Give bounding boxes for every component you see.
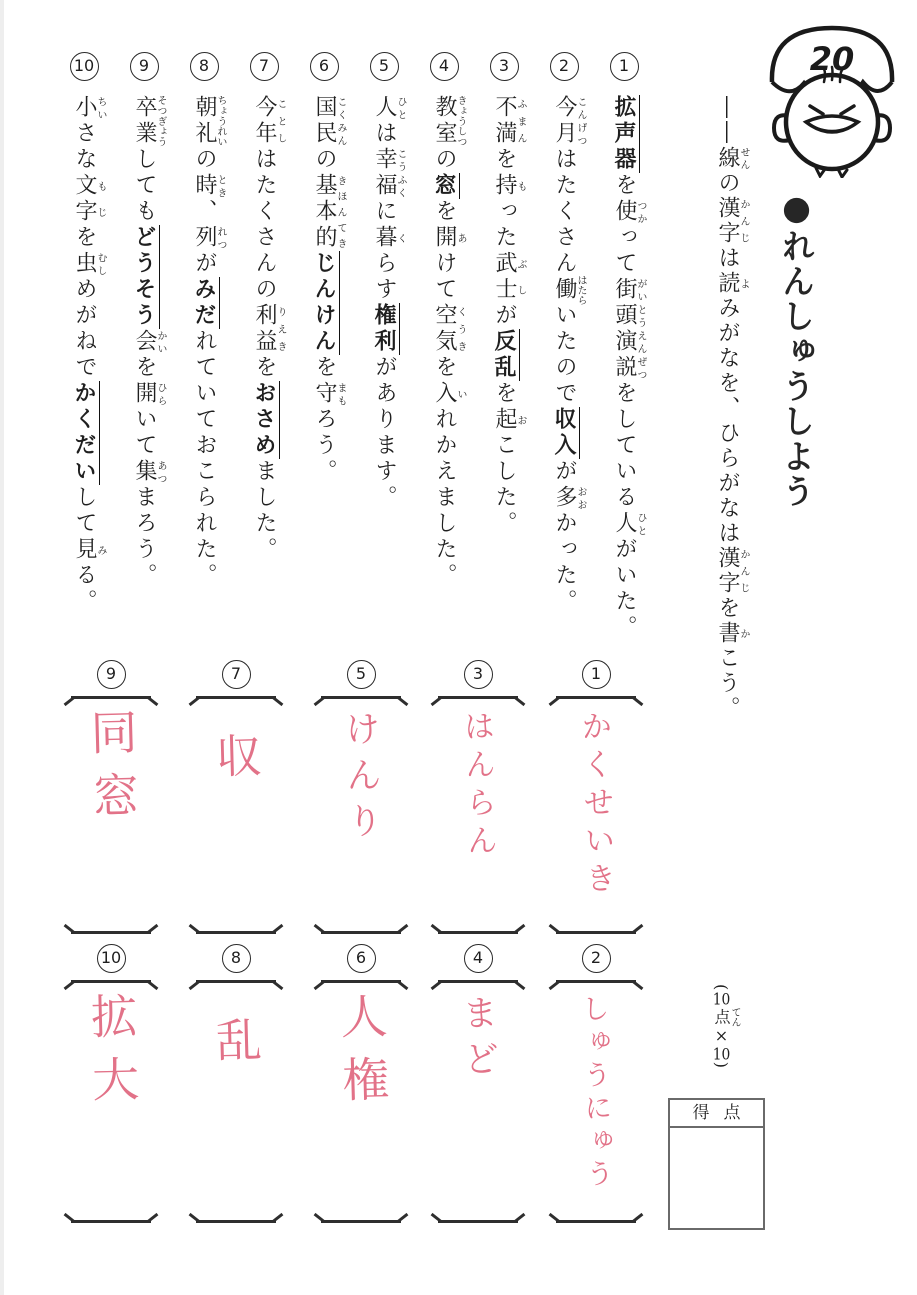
- handwritten-answer: はんらん: [454, 709, 503, 862]
- question-number: 9: [130, 52, 159, 81]
- answer-cell-6: 6 人権: [319, 944, 403, 1223]
- bracket-top: [438, 696, 518, 699]
- answer-number: 6: [347, 944, 376, 973]
- answer-number: 1: [582, 660, 611, 689]
- question-number: 1: [610, 52, 639, 81]
- page-title: ●れんしゅうしよう: [774, 188, 818, 509]
- question-4: 4教室きょうしつの窓を開あけて空気くうきを入いれかえました。: [414, 52, 474, 692]
- question-number: 7: [250, 52, 279, 81]
- question-3: 3不満ふまんを持もった武士ぶしが反乱を起おこした。: [474, 52, 534, 692]
- bracket-bottom: [196, 1220, 276, 1223]
- handwritten-answer: 乱: [202, 1015, 269, 1070]
- bracket-bottom: [71, 1220, 151, 1223]
- question-text: 今月こんげつはたくさん働はたらいたので収入が多おおかった。: [552, 95, 577, 615]
- bracket-bottom: [556, 931, 636, 934]
- question-6: 6国民こくみんの基本的きほんてきじんけんを守まもろう。: [294, 52, 354, 692]
- answer-box[interactable]: 同窓: [69, 696, 153, 934]
- bracket-bottom: [321, 1220, 401, 1223]
- instruction-text: ――線せんの漢字かんじは読よみがなを、ひらがなは漢字かんじを書かこう。: [703, 96, 751, 776]
- answer-number: 4: [464, 944, 493, 973]
- answer-number: 2: [582, 944, 611, 973]
- bracket-top: [321, 980, 401, 983]
- handwritten-answer: 同窓: [76, 707, 146, 835]
- bracket-bottom: [438, 931, 518, 934]
- question-number: 3: [490, 52, 519, 81]
- bracket-top: [438, 980, 518, 983]
- bracket-bottom: [556, 1220, 636, 1223]
- chick-parachute-illustration: 20: [746, 18, 917, 178]
- question-text: 不満ふまんを持もった武士ぶしが反乱を起おこした。: [492, 95, 517, 537]
- question-number: 5: [370, 52, 399, 81]
- handwritten-answer: かくせいき: [571, 709, 621, 900]
- answer-box[interactable]: かくせいき: [554, 696, 638, 934]
- question-8: 8朝礼ちょうれいの時とき、列れつがみだれていておこられた。: [174, 52, 234, 692]
- answer-number: 5: [347, 660, 376, 689]
- question-text: 拡声器を使つかって街頭演説がいとうえんぜつをしている人ひとがいた。: [612, 95, 637, 641]
- question-number: 8: [190, 52, 219, 81]
- answer-box[interactable]: 拡大: [69, 980, 153, 1223]
- question-text: 教室きょうしつの窓を開あけて空気くうきを入いれかえました。: [432, 95, 457, 589]
- answer-cell-4: 4 まど: [436, 944, 520, 1223]
- bracket-bottom: [321, 931, 401, 934]
- question-9: 9卒業そつぎょうしてもどうそう会かいを開ひらいて集あつまろう。: [114, 52, 174, 692]
- answer-number: 9: [97, 660, 126, 689]
- answer-number: 7: [222, 660, 251, 689]
- question-7: 7今年ことしはたくさんの利益りえきをおさめました。: [234, 52, 294, 692]
- bracket-top: [71, 980, 151, 983]
- handwritten-answer: けんり: [334, 709, 389, 848]
- bracket-top: [196, 696, 276, 699]
- question-10: 10小ちいさな文字もじを虫むしめがねでかくだいして見みる。: [54, 52, 114, 692]
- handwritten-answer: まど: [451, 993, 504, 1086]
- answer-cell-5: 5 けんり: [319, 660, 403, 934]
- question-text: 卒業そつぎょうしてもどうそう会かいを開ひらいて集あつまろう。: [132, 95, 157, 589]
- handwritten-answer: 拡大: [76, 991, 146, 1119]
- question-text: 人ひとは幸福こうふくに暮くらす権利があります。: [372, 95, 397, 511]
- answer-number: 3: [464, 660, 493, 689]
- question-text: 小ちいさな文字もじを虫むしめがねでかくだいして見みる。: [72, 95, 97, 615]
- question-2: 2今月こんげつはたくさん働はたらいたので収入が多おおかった。: [534, 52, 594, 692]
- answer-box[interactable]: 収: [194, 696, 278, 934]
- answer-cell-1: 1 かくせいき: [554, 660, 638, 934]
- score-box: 得点: [668, 1098, 765, 1230]
- answer-cell-10: 10 拡大: [69, 944, 153, 1223]
- question-number: 2: [550, 52, 579, 81]
- question-text: 今年ことしはたくさんの利益りえきをおさめました。: [252, 95, 277, 563]
- question-text: 国民こくみんの基本的きほんてきじんけんを守まもろう。: [312, 95, 337, 485]
- bracket-top: [321, 696, 401, 699]
- answer-number: 10: [97, 944, 126, 973]
- handwritten-answer: 人権: [326, 991, 396, 1119]
- bracket-top: [71, 696, 151, 699]
- bracket-bottom: [438, 1220, 518, 1223]
- score-entry-area[interactable]: [670, 1128, 763, 1228]
- answer-cell-3: 3 はんらん: [436, 660, 520, 934]
- bracket-top: [556, 980, 636, 983]
- answer-box[interactable]: まど: [436, 980, 520, 1223]
- question-number: 4: [430, 52, 459, 81]
- question-text: 朝礼ちょうれいの時とき、列れつがみだれていておこられた。: [192, 95, 217, 589]
- question-number: 10: [70, 52, 99, 81]
- answer-box[interactable]: 人権: [319, 980, 403, 1223]
- answer-cell-9: 9 同窓: [69, 660, 153, 934]
- answer-cell-7: 7 収: [194, 660, 278, 934]
- answer-cell-8: 8 乱: [194, 944, 278, 1223]
- points-note: (10点てん×10): [704, 984, 740, 1069]
- bracket-top: [196, 980, 276, 983]
- answer-box[interactable]: はんらん: [436, 696, 520, 934]
- question-1: 1拡声器を使つかって街頭演説がいとうえんぜつをしている人ひとがいた。: [594, 52, 654, 692]
- bracket-bottom: [196, 931, 276, 934]
- bracket-top: [556, 696, 636, 699]
- worksheet-page: 20 ●れんしゅうしよう ――線せんの漢字かんじは読よみがなを、ひらがなは漢字か…: [0, 0, 917, 1295]
- handwritten-answer: 収: [202, 731, 269, 786]
- question-number: 6: [310, 52, 339, 81]
- answer-box[interactable]: 乱: [194, 980, 278, 1223]
- answer-number: 8: [222, 944, 251, 973]
- answer-cell-2: 2 しゅうにゅう: [554, 944, 638, 1223]
- answer-box[interactable]: しゅうにゅう: [554, 980, 638, 1223]
- questions-section: 1拡声器を使つかって街頭演説がいとうえんぜつをしている人ひとがいた。 2今月こん…: [54, 52, 654, 692]
- answer-box[interactable]: けんり: [319, 696, 403, 934]
- bracket-bottom: [71, 931, 151, 934]
- score-label: 得点: [670, 1100, 763, 1128]
- question-5: 5人ひとは幸福こうふくに暮くらす権利があります。: [354, 52, 414, 692]
- handwritten-answer: しゅうにゅう: [573, 994, 618, 1193]
